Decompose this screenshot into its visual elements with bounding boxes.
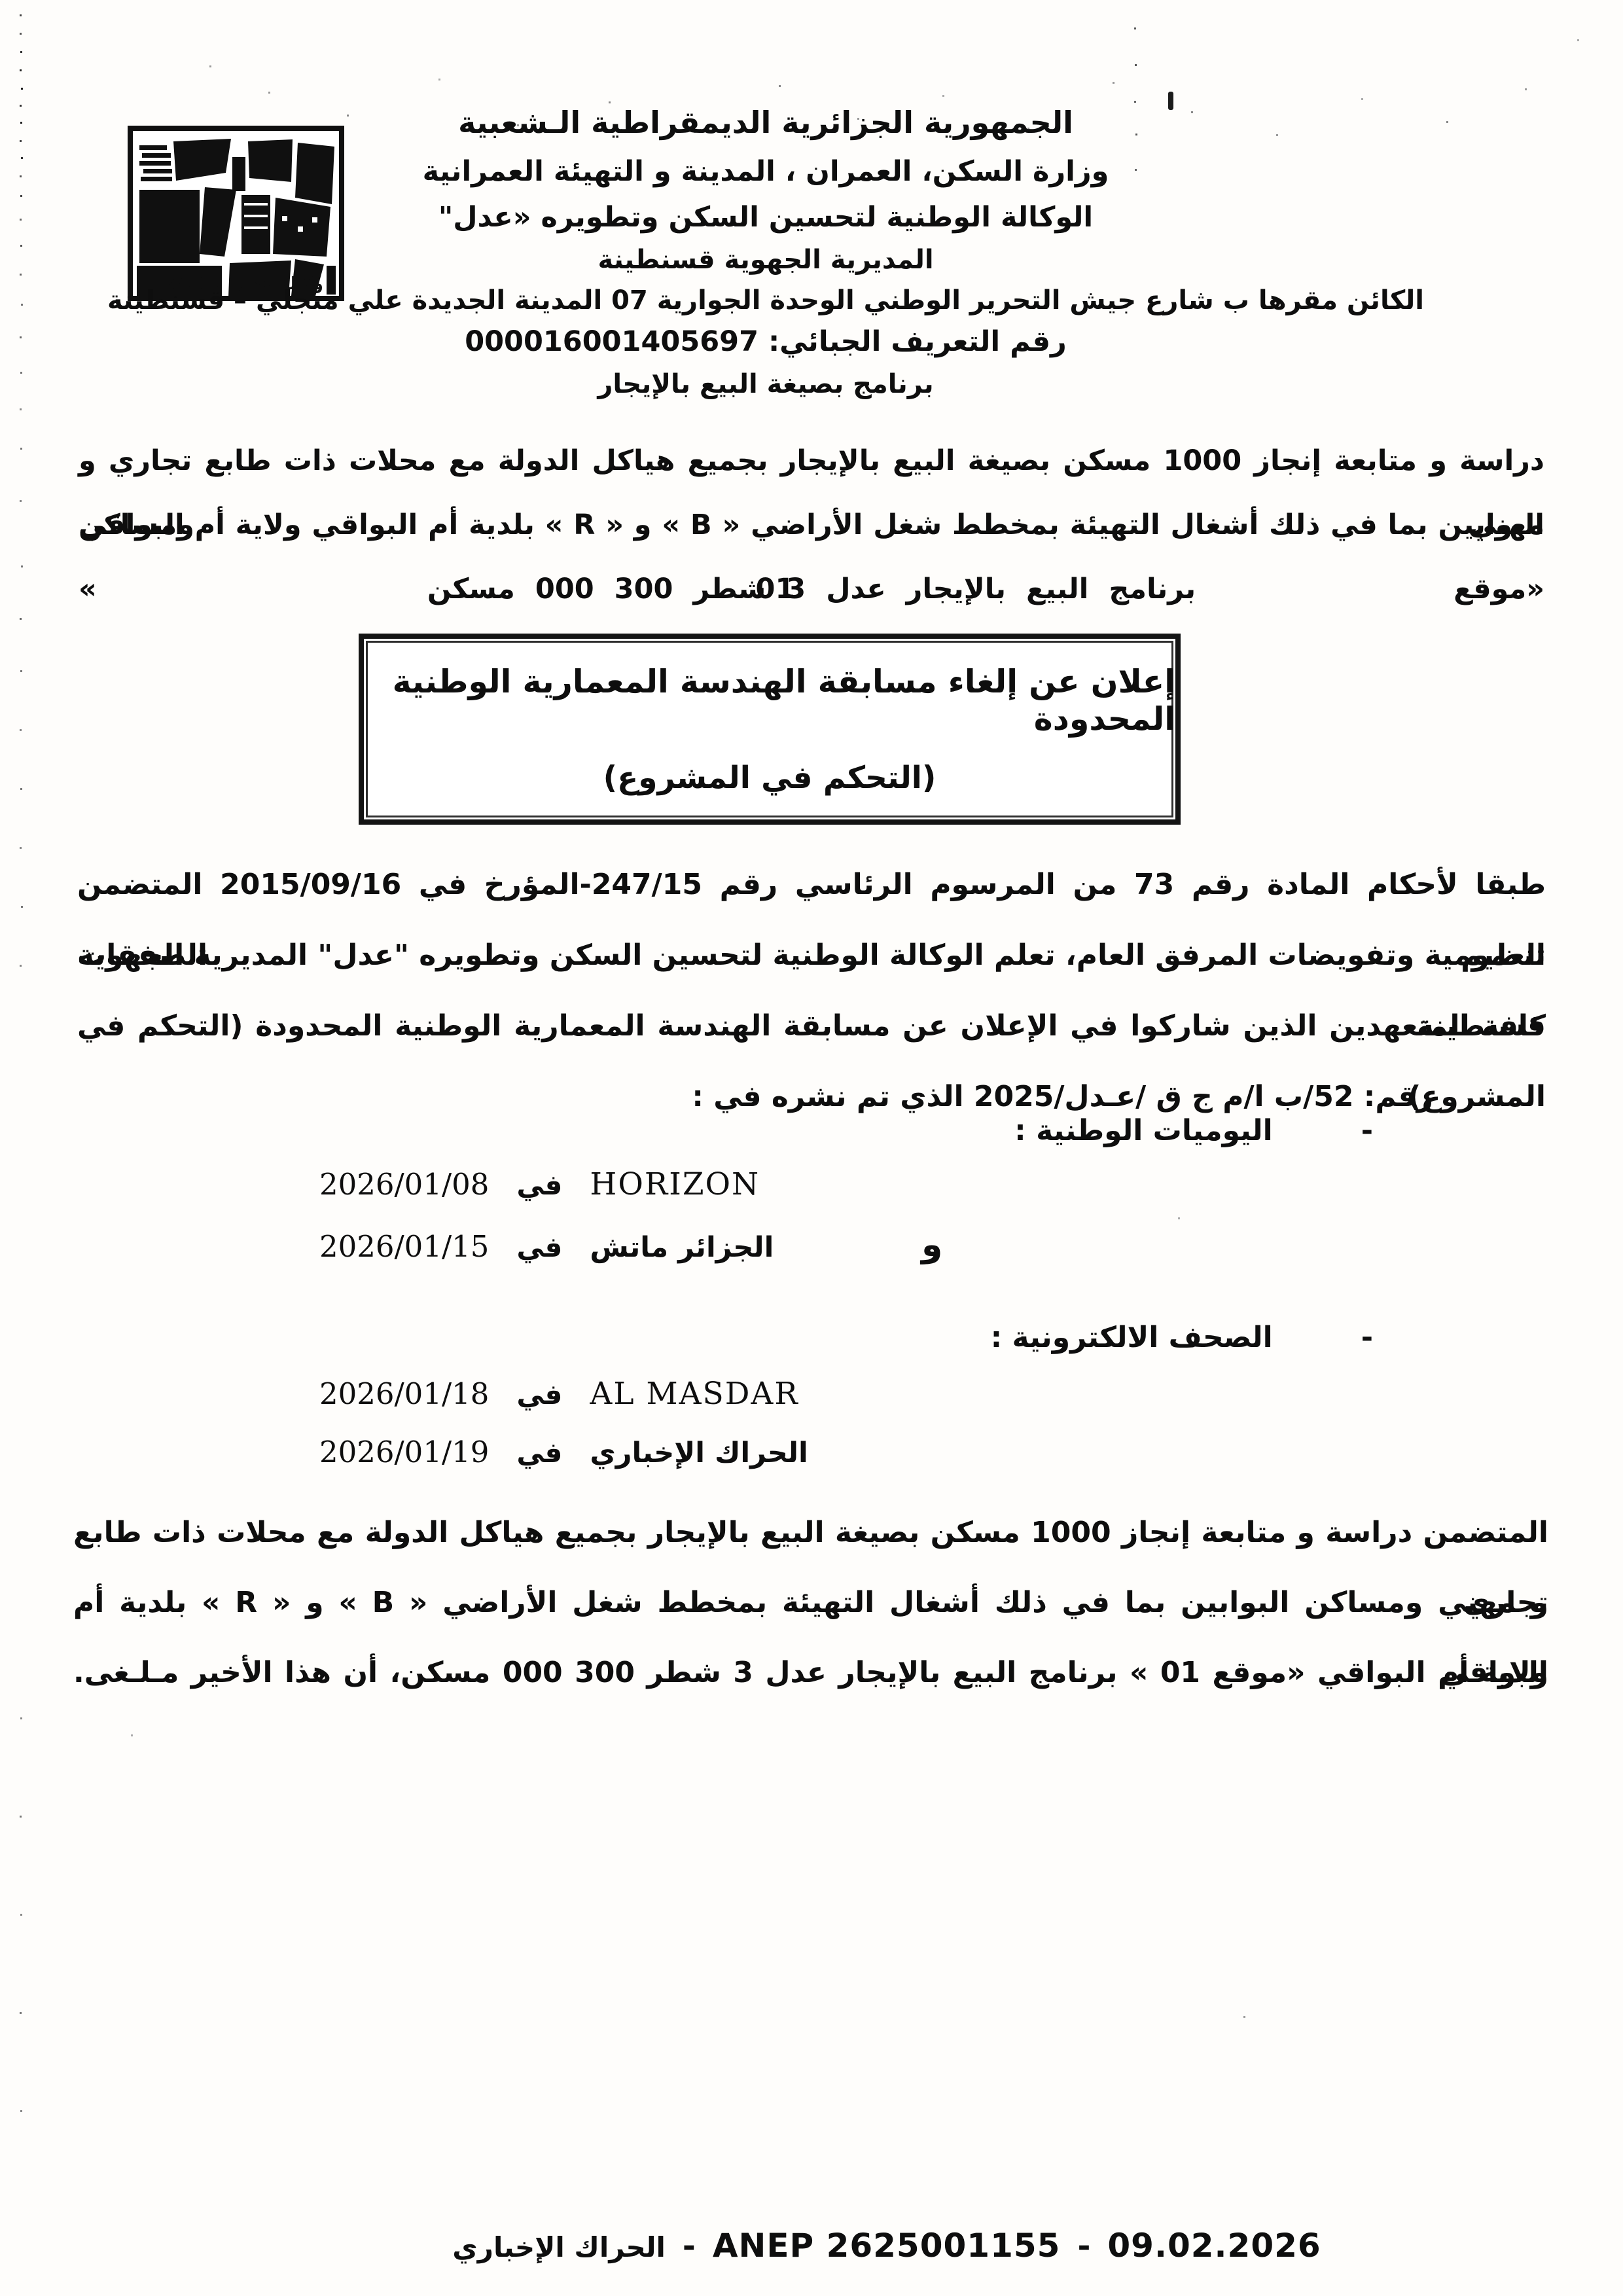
scan-noise-top-band (209, 65, 211, 67)
publication-name: HORIZON (590, 1166, 760, 1202)
letterhead-agency-line: الوكالة الوطنية لتحسين السكن وتطويره «عد… (46, 195, 1486, 240)
letterhead-ministry-line: وزارة السكن، العمران ، المدينة و التهيئة… (46, 148, 1486, 195)
cancellation-line: و مهني ومساكن البوابين بما في ذلك أشغال … (73, 1568, 1548, 1638)
footer-separator: - (683, 2228, 696, 2265)
publication-in-word: في (516, 1169, 562, 1201)
publication-name: الحراك الإخباري (590, 1437, 808, 1469)
national-dailies-heading: - اليوميات الوطنية : (1014, 1114, 1373, 1147)
publication-in-word: في (516, 1231, 562, 1263)
letterhead-address-line: الكائن مقرها ب شارع جيش التحرير الوطني ا… (46, 280, 1486, 321)
publication-name: AL MASDAR (590, 1376, 798, 1412)
scan-noise-right-line (1134, 27, 1136, 29)
electronic-press-heading: - الصحف الالكترونية : (991, 1321, 1373, 1354)
footer-date: 09.02.2026 (1107, 2227, 1321, 2265)
national-dailies-label: اليوميات الوطنية : (1014, 1114, 1273, 1147)
electronic-press-label: الصحف الالكترونية : (991, 1321, 1273, 1354)
announcement-title-box: إعلان عن إلغاء مسابقة الهندسة المعمارية … (359, 634, 1181, 825)
publication-entry: 2026/01/08 في HORIZON (319, 1166, 760, 1202)
cancellation-line: ولاية أم البواقي «موقع 01 » برنامج البيع… (73, 1638, 1548, 1708)
publication-date: 2026/01/08 (319, 1167, 489, 1202)
footer-source-name: الحراك الإخباري (452, 2231, 666, 2263)
publication-in-word: في (516, 1437, 562, 1469)
publication-in-word: في (516, 1378, 562, 1410)
publication-entry: 2026/01/18 في AL MASDAR (319, 1376, 799, 1412)
publication-name: الجزائر ماتش (590, 1231, 774, 1264)
list-bullet: - (1361, 1114, 1373, 1147)
legal-body-line: العمومية وتفويضات المرفق العام، تعلم الو… (77, 920, 1546, 991)
publication-date: 2026/01/19 (319, 1435, 489, 1469)
letterhead-directorate-line: المديرية الجهوية قسنطينة (46, 240, 1486, 280)
announcement-title: إعلان عن إلغاء مسابقة الهندسة المعمارية … (364, 663, 1175, 738)
publication-entry: 2026/01/19 في الحراك الإخباري (319, 1435, 808, 1469)
letterhead-republic-line: الجمهورية الجزائرية الديمقراطية الـشعبية (46, 97, 1486, 148)
legal-body-line: كافة المتعهدين الذين شاركوا في الإعلان ع… (77, 991, 1546, 1062)
project-description-line: دراسة و متابعة إنجاز 1000 مسكن بصيغة الب… (79, 429, 1544, 493)
footer-separator: - (1077, 2228, 1090, 2265)
scan-noise-left-edge (20, 14, 22, 16)
anep-footer: الحراك الإخباري - ANEP 2625001155 - 09.0… (0, 2227, 1623, 2265)
announcement-subtitle: (التحكم في المشروع) (603, 760, 936, 796)
legal-body-paragraph: طبقا لأحكام المادة رقم 73 من المرسوم الر… (77, 850, 1546, 1132)
publication-entry: 2026/01/15 في الجزائر ماتش (319, 1229, 774, 1264)
legal-body-line: طبقا لأحكام المادة رقم 73 من المرسوم الر… (77, 850, 1546, 920)
letterhead: الجمهورية الجزائرية الديمقراطية الـشعبية… (46, 97, 1486, 406)
publication-date: 2026/01/18 (319, 1376, 489, 1411)
cancellation-line: المتضمن دراسة و متابعة إنجاز 1000 مسكن ب… (73, 1498, 1548, 1568)
publication-date: 2026/01/15 (319, 1229, 489, 1264)
cancellation-paragraph: المتضمن دراسة و متابعة إنجاز 1000 مسكن ب… (73, 1498, 1548, 1708)
letterhead-tax-id-line: رقم التعريف الجبائي: 000016001405697 (46, 321, 1486, 363)
footer-anep-number: ANEP 2625001155 (713, 2227, 1061, 2265)
document-page: AADL. وكالة عدل الجمهورية الجزائرية الدي… (0, 0, 1623, 2296)
list-bullet: - (1361, 1321, 1373, 1354)
conjunction-waw: و (921, 1225, 942, 1265)
project-description-paragraph: دراسة و متابعة إنجاز 1000 مسكن بصيغة الب… (79, 429, 1544, 621)
letterhead-program-line: برنامج بصيغة البيع بالإيجار (46, 363, 1486, 406)
project-description-line: البوابين بما في ذلك أشغال التهيئة بمخطط … (79, 493, 1544, 557)
